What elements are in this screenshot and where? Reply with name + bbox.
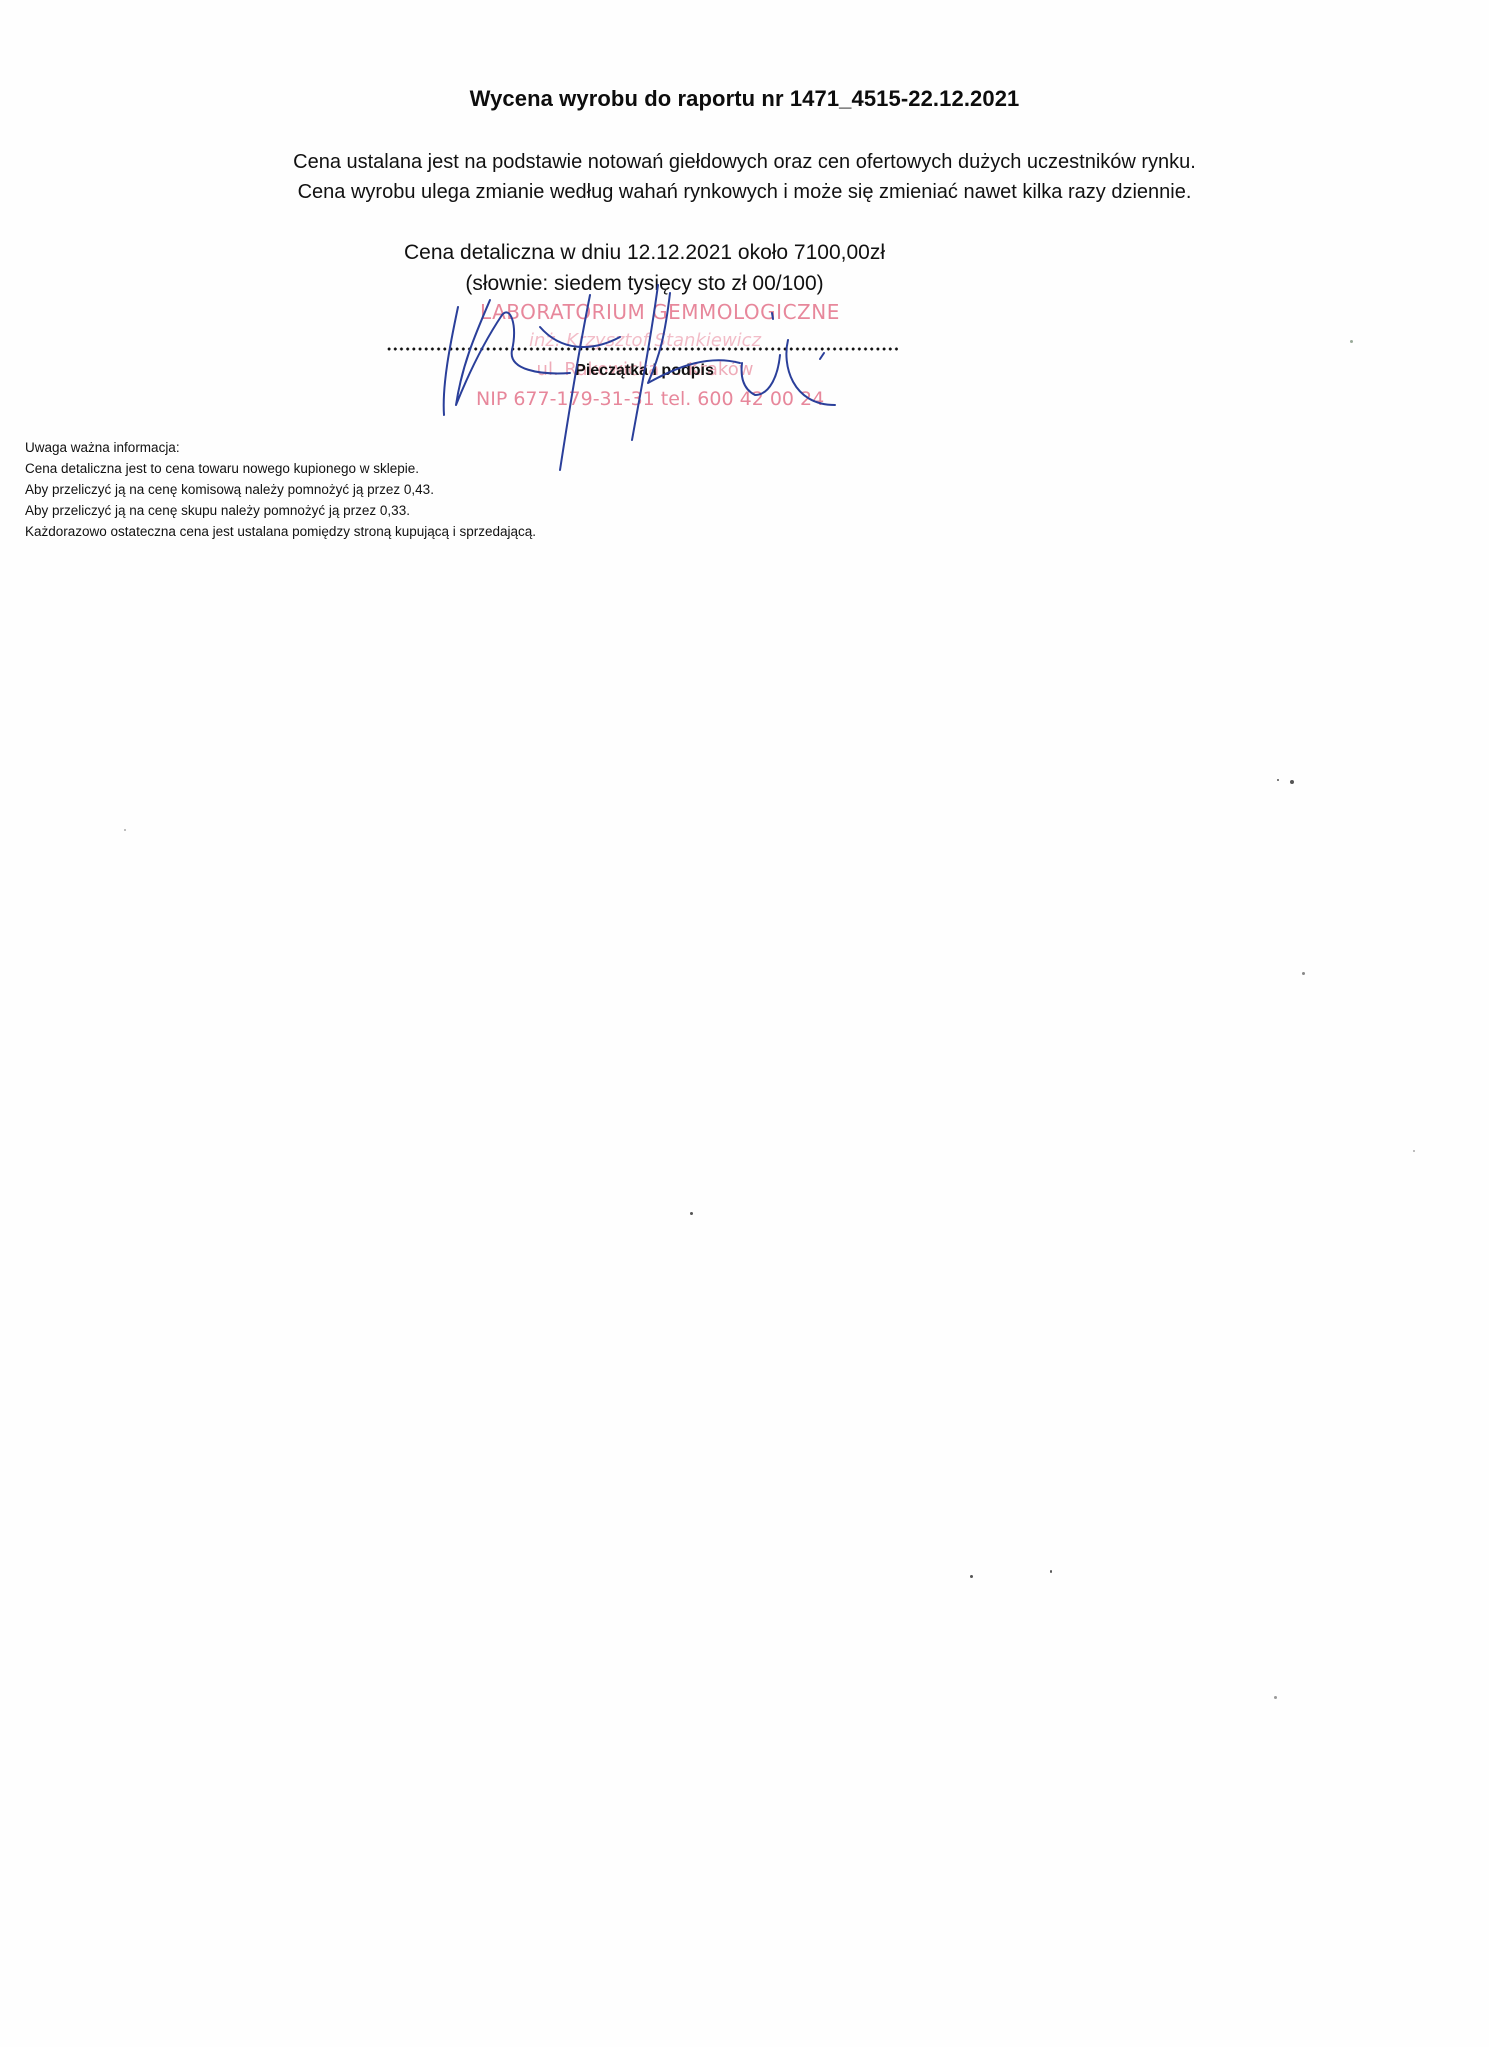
scan-speck xyxy=(1350,340,1353,343)
notice-line: Aby przeliczyć ją na cenę komisową należ… xyxy=(25,479,536,500)
scan-speck xyxy=(124,829,126,831)
retail-price-block: Cena detaliczna w dniu 12.12.2021 około … xyxy=(0,237,1289,299)
stamp-line: NIP 677-179-31-31 tel. 600 42 00 24 xyxy=(476,388,816,410)
intro-line: Cena wyrobu ulega zmianie według wahań r… xyxy=(0,177,1489,207)
scanned-document-page: Wycena wyrobu do raportu nr 1471_4515-22… xyxy=(0,0,1489,2047)
notice-heading: Uwaga ważna informacja: xyxy=(25,437,536,458)
scan-speck xyxy=(1302,972,1305,975)
stamp-line: LABORATORIUM GEMMOLOGICZNE xyxy=(480,300,810,324)
intro-paragraph: Cena ustalana jest na podstawie notowań … xyxy=(0,147,1489,207)
notice-line: Każdorazowo ostateczna cena jest ustalan… xyxy=(25,521,536,542)
document-title: Wycena wyrobu do raportu nr 1471_4515-22… xyxy=(0,86,1489,112)
important-notice: Uwaga ważna informacja: Cena detaliczna … xyxy=(25,437,536,542)
scan-speck xyxy=(1413,1150,1415,1152)
scan-speck xyxy=(1290,780,1294,784)
retail-price-in-words: (słownie: siedem tysięcy sto zł 00/100) xyxy=(0,268,1289,299)
retail-price-line: Cena detaliczna w dniu 12.12.2021 około … xyxy=(0,237,1289,268)
notice-line: Cena detaliczna jest to cena towaru nowe… xyxy=(25,458,536,479)
scan-speck xyxy=(1274,1696,1277,1699)
scan-speck xyxy=(1050,1570,1052,1573)
scan-speck xyxy=(690,1212,693,1215)
intro-line: Cena ustalana jest na podstawie notowań … xyxy=(0,147,1489,177)
signature-dotted-line xyxy=(386,347,898,351)
scan-speck xyxy=(970,1575,973,1578)
signature-label: Pieczątka i podpis xyxy=(0,362,1289,380)
scan-speck xyxy=(1277,779,1279,781)
notice-line: Aby przeliczyć ją na cenę skupu należy p… xyxy=(25,500,536,521)
